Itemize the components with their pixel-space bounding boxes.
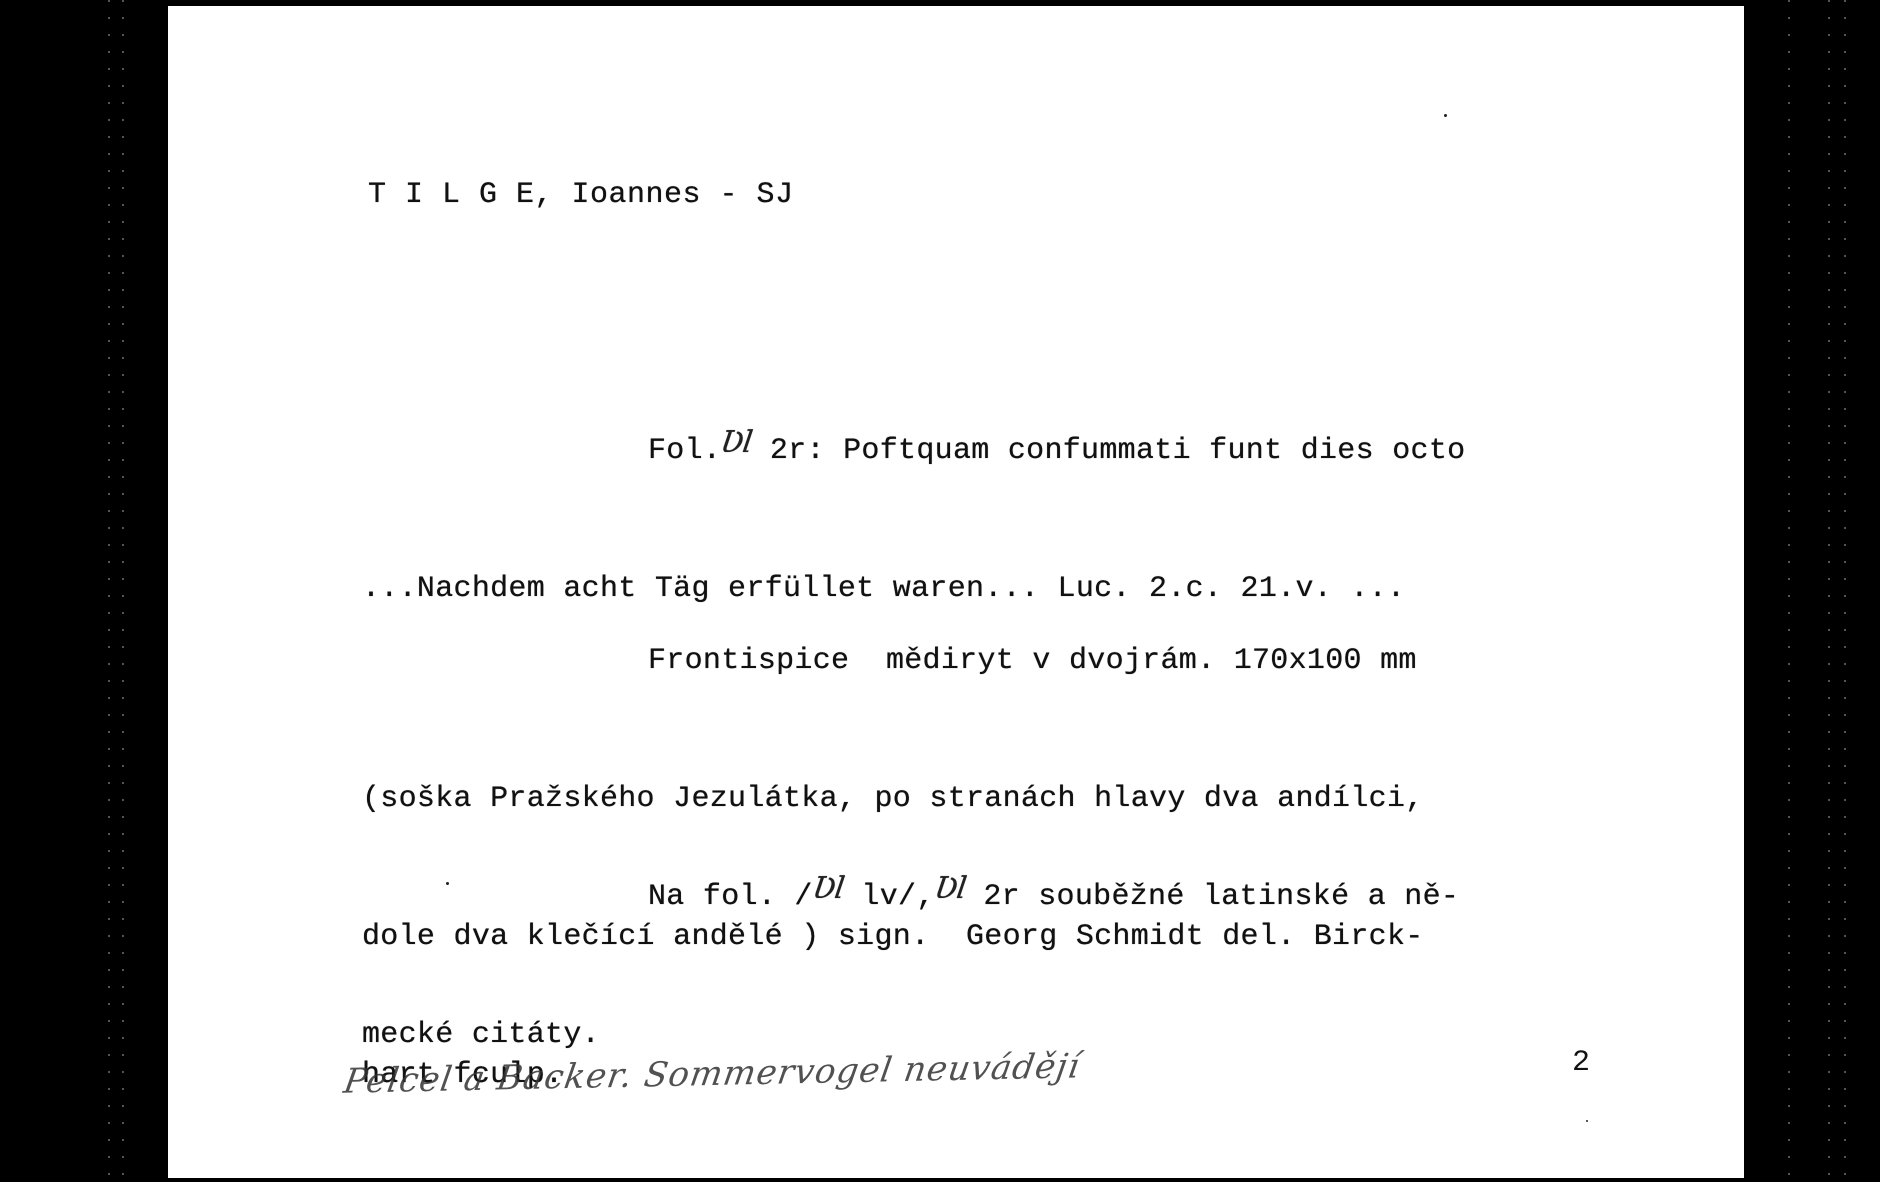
- quote-line-1: Fol.Ʋl 2r: Poftquam confummati funt dies…: [362, 420, 1465, 474]
- citation-line-1: Na fol. /Ʋl lv/,Ʋl 2r souběžné latinské …: [362, 866, 1459, 920]
- scanned-catalog-card-view: T I L G E, Ioannes - SJ Fol.Ʋl 2r: Poftq…: [0, 0, 1880, 1182]
- scan-artifact: [1788, 0, 1790, 1182]
- ink-speck: [1444, 114, 1447, 117]
- catalog-card: T I L G E, Ioannes - SJ Fol.Ʋl 2r: Poftq…: [168, 6, 1744, 1178]
- card-heading: T I L G E, Ioannes - SJ: [368, 172, 794, 218]
- handwritten-folio-mark: Ʋl: [810, 866, 847, 912]
- frontispiece-line-1: Frontispice mědiryt v dvojrám. 170x100 m…: [362, 638, 1424, 684]
- scan-artifact: [122, 0, 124, 1182]
- handwritten-folio-mark: Ʋl: [718, 420, 755, 466]
- scan-artifact: [1844, 0, 1846, 1182]
- ink-speck: [1586, 1120, 1588, 1122]
- handwritten-folio-mark: Ʋl: [931, 866, 968, 912]
- scan-artifact: [108, 0, 110, 1182]
- page-number: 2: [1572, 1046, 1590, 1080]
- scan-artifact: [1828, 0, 1830, 1182]
- ink-speck: [446, 882, 449, 885]
